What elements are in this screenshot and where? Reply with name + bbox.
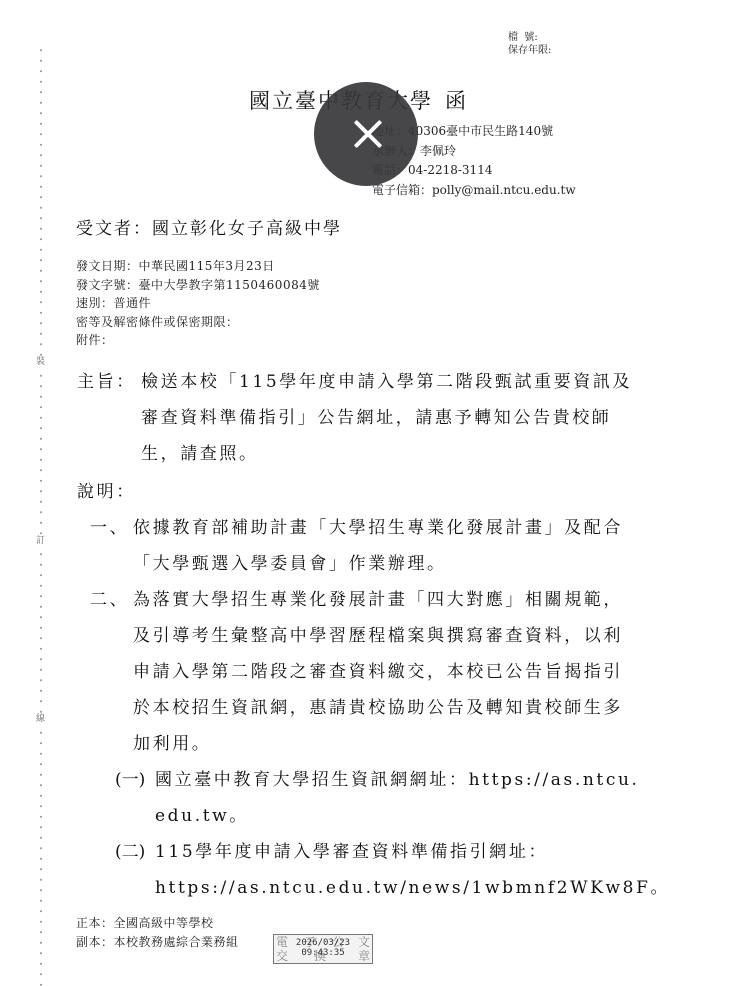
binding-dotted-line [40,45,42,986]
doc-meta: 發文日期：中華民國115年3月23日 發文字號：臺中大學教字第115046008… [76,257,320,350]
binding-mark-ding: 訂 [36,536,45,547]
binding-mark-xian: 線 [36,714,45,725]
doc-type: 函 [445,89,468,113]
subject-line: 檢送本校「115學年度申請入學第二階段甄試重要資訊及 [141,364,632,400]
retention-period-label: 保存年限: [508,44,551,57]
subject-line: 審查資料準備指引」公告網址，請惠予轉知公告貴校師 [141,400,611,436]
binding-mark-zhuang: 裝 [36,357,45,368]
stamp-char: 文 [358,936,370,948]
recipient: 受文者：國立彰化女子高級中學 [76,214,342,239]
e-document-exchange-stamp: 電 子 公 文 交 換 章 2026/03/23 09:43:35 [273,934,373,964]
item-line: 依據教育部補助計畫「大學招生專業化發展計畫」及配合 [133,510,623,546]
sub-item-line: 115學年度申請入學審查資料準備指引網址： [155,834,548,870]
item-line: 加利用。 [133,726,211,762]
original-recipients: 正本：全國高級中等學校 [76,914,239,933]
close-button[interactable] [314,82,418,186]
item-line: 及引導考生彙整高中學習歷程檔案與撰寫審查資料，以利 [133,618,623,654]
item-line: 申請入學第二階段之審查資料繳交，本校已公告旨揭指引 [133,654,623,690]
copy-recipients: 副本：本校教務處綜合業務組 [76,933,239,952]
confidentiality: 密等及解密條件或保密期限： [76,313,320,332]
attachment: 附件： [76,331,320,350]
archive-number-label: 檔 號: [508,31,551,44]
subject: 主旨： 檢送本校「115學年度申請入學第二階段甄試重要資訊及 審查資料準備指引」… [77,364,137,400]
delivery-speed: 速別：普通件 [76,294,320,313]
item-mark: 二、 [90,582,129,618]
stamp-date: 2026/03/23 [292,938,354,948]
sub-item-line: edu.tw。 [155,798,249,834]
file-meta: 檔 號: 保存年限: [508,31,551,57]
stamp-char: 電 [276,936,288,948]
stamp-char: 交 [276,950,288,962]
subject-label: 主旨： [77,364,137,400]
item-line: 於本校招生資訊網，惠請貴校協助公告及轉知貴校師生多 [133,690,623,726]
sub-item-mark: (二) [115,834,145,870]
distribution: 正本：全國高級中等學校 副本：本校教務處綜合業務組 [76,914,239,952]
stamp-timestamp: 2026/03/23 09:43:35 [292,938,354,958]
email: 電子信箱：polly@mail.ntcu.edu.tw [372,181,576,201]
stamp-char: 章 [358,950,370,962]
description-label: 說明： [77,474,136,510]
stamp-time: 09:43:35 [292,948,354,958]
subject-line: 生，請查照。 [141,436,259,472]
doc-number: 發文字號：臺中大學教字第1150460084號 [76,276,320,295]
item-line: 「大學甄選入學委員會」作業辦理。 [133,546,447,582]
sub-item-mark: (一) [115,762,145,798]
sub-item-line: https://as.ntcu.edu.tw/news/1wbmnf2WKw8F… [155,870,670,906]
sub-item-line: 國立臺中教育大學招生資訊網網址：https://as.ntcu. [155,762,640,798]
item-line: 為落實大學招生專業化發展計畫「四大對應」相關規範， [133,582,623,618]
issue-date: 發文日期：中華民國115年3月23日 [76,257,320,276]
item-mark: 一、 [90,510,129,546]
